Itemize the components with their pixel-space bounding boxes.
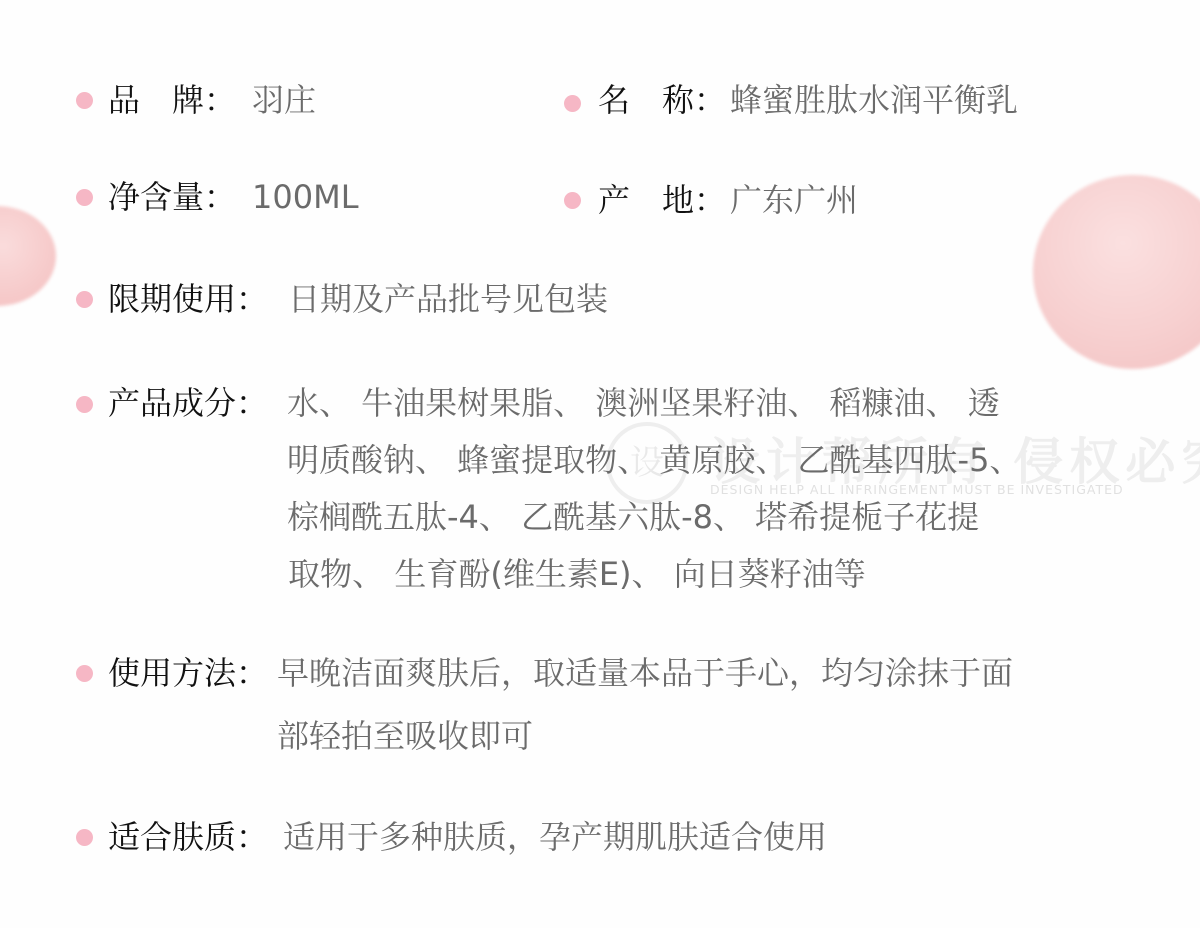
spec-label-net-content: 净含量： xyxy=(108,177,236,217)
spec-label-ingredients: 产品成分： xyxy=(108,383,268,423)
spec-value-skin-type: 适用于多种肤质，孕产期肌肤适合使用 xyxy=(283,817,827,857)
ingredients-line-3: 棕榈酰五肽-4、 乙酰基六肽-8、 塔希提栀子花提 xyxy=(287,497,979,537)
watermark-text-en: DESIGN HELP ALL INFRINGEMENT MUST BE INV… xyxy=(710,482,1124,497)
spec-value-origin: 广东广州 xyxy=(730,180,858,220)
decorative-pink-orb-left xyxy=(0,206,56,306)
decorative-pink-orb-right xyxy=(1033,175,1200,369)
bullet-dot-icon xyxy=(76,829,93,846)
spec-label-brand: 品 牌： xyxy=(108,80,236,120)
spec-label-skin-type: 适合肤质： xyxy=(108,817,268,857)
usage-line-2: 部轻拍至吸收即可 xyxy=(277,716,533,756)
spec-value-name: 蜂蜜胜肽水润平衡乳 xyxy=(730,80,1018,120)
spec-label-name: 名 称： xyxy=(598,80,726,120)
usage-line-1: 早晚洁面爽肤后，取适量本品于手心，均匀涂抹于面 xyxy=(277,653,1013,693)
bullet-dot-icon xyxy=(76,291,93,308)
spec-value-net-content: 100ML xyxy=(252,177,359,217)
product-spec-sheet: 品 牌： 羽庄 名 称： 蜂蜜胜肽水润平衡乳 净含量： 100ML 产 地： 广… xyxy=(0,0,1200,928)
spec-label-shelf-life: 限期使用： xyxy=(108,279,268,319)
bullet-dot-icon xyxy=(564,95,581,112)
bullet-dot-icon xyxy=(76,396,93,413)
spec-value-shelf-life: 日期及产品批号见包装 xyxy=(288,279,608,319)
bullet-dot-icon xyxy=(76,665,93,682)
spec-value-brand: 羽庄 xyxy=(252,80,316,120)
spec-label-usage: 使用方法： xyxy=(108,653,268,693)
ingredients-line-2: 明质酸钠、 蜂蜜提取物、 黄原胶、 乙酰基四肽-5、 xyxy=(287,440,1021,480)
bullet-dot-icon xyxy=(76,189,93,206)
spec-label-origin: 产 地： xyxy=(598,180,726,220)
bullet-dot-icon xyxy=(564,192,581,209)
ingredients-line-1: 水、 牛油果树果脂、 澳洲坚果籽油、 稻糠油、 透 xyxy=(287,383,1000,423)
bullet-dot-icon xyxy=(76,92,93,109)
ingredients-line-4: 取物、 生育酚(维生素E)、 向日葵籽油等 xyxy=(278,554,866,594)
